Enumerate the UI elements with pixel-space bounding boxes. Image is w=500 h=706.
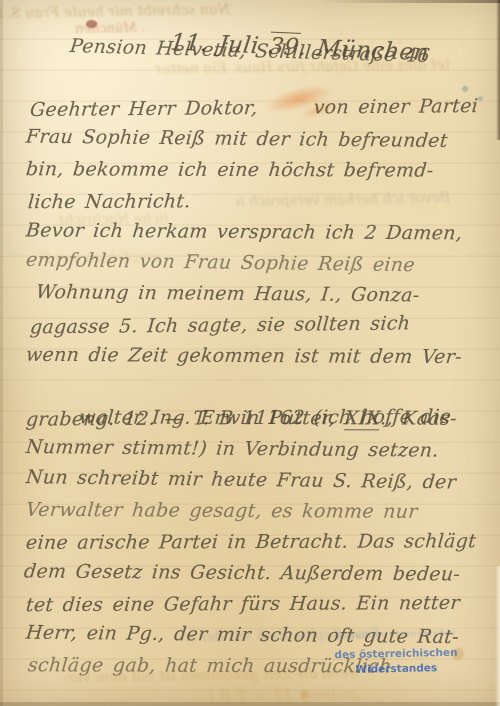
archive-stamp: Dokumentationsarchiv des österreichische… bbox=[318, 628, 475, 676]
stamp-line-austrian: des österreichischen bbox=[318, 646, 474, 661]
letter-line: Verwalter habe gesagt, es komme nur bbox=[25, 495, 488, 528]
scan-edge-left bbox=[0, 0, 3, 706]
letter-line: bin, bekomme ich eine höchst befremd- bbox=[25, 154, 488, 187]
paper-edge-highlight bbox=[495, 566, 500, 706]
scan-edge-right bbox=[496, 0, 500, 140]
scan-edge-top bbox=[320, 0, 500, 3]
letter-line: liche Nachricht. bbox=[27, 185, 488, 218]
letter-line: dem Gesetz ins Gesicht. Außerdem bedeu- bbox=[23, 556, 488, 590]
letter-page: Nun schreibt mir heute Frau S. Reiß, der… bbox=[0, 0, 500, 706]
letter-line: eine arische Partei in Betracht. Das sch… bbox=[25, 526, 488, 559]
letter-line: tet dies eine Gefahr fürs Haus. Ein nett… bbox=[25, 588, 488, 621]
letter-line: Wohnung in meinem Haus, I., Gonza- bbox=[35, 277, 488, 312]
letter-line: Nummer stimmt!) in Verbindung setzen. bbox=[25, 432, 488, 467]
stamp-line-archive: Dokumentationsarchiv bbox=[318, 628, 474, 641]
scan-edge-bottom bbox=[0, 702, 500, 706]
letter-line: Nun schreibt mir heute Frau S. Reiß, der bbox=[24, 462, 487, 499]
letter-line: walter Ing. Erwin Putter, XIX., Kaas- bbox=[25, 371, 488, 404]
letter-body: Geehrter Herr Doktor, von einer Partei F… bbox=[26, 93, 486, 682]
bleed-through-text: grabeng. 12. — T. B 11162 (ich hoffe die bbox=[210, 687, 360, 706]
letter-line: grabeng. 12. — T. B 11162 (ich hoffe die bbox=[25, 401, 487, 435]
foxing-spot bbox=[86, 20, 97, 28]
foxing-spot bbox=[300, 690, 309, 699]
letter-line: gagasse 5. Ich sagte, sie sollten sich bbox=[29, 308, 487, 344]
letter-line: wenn die Zeit gekommen ist mit dem Ver- bbox=[25, 340, 488, 373]
letter-line: Bevor ich herkam versprach ich 2 Damen, bbox=[25, 215, 488, 249]
letter-line: Frau Sophie Reiß mit der ich befreundet bbox=[24, 122, 487, 158]
letter-line: Geehrter Herr Doktor, von einer Partei bbox=[29, 91, 487, 126]
